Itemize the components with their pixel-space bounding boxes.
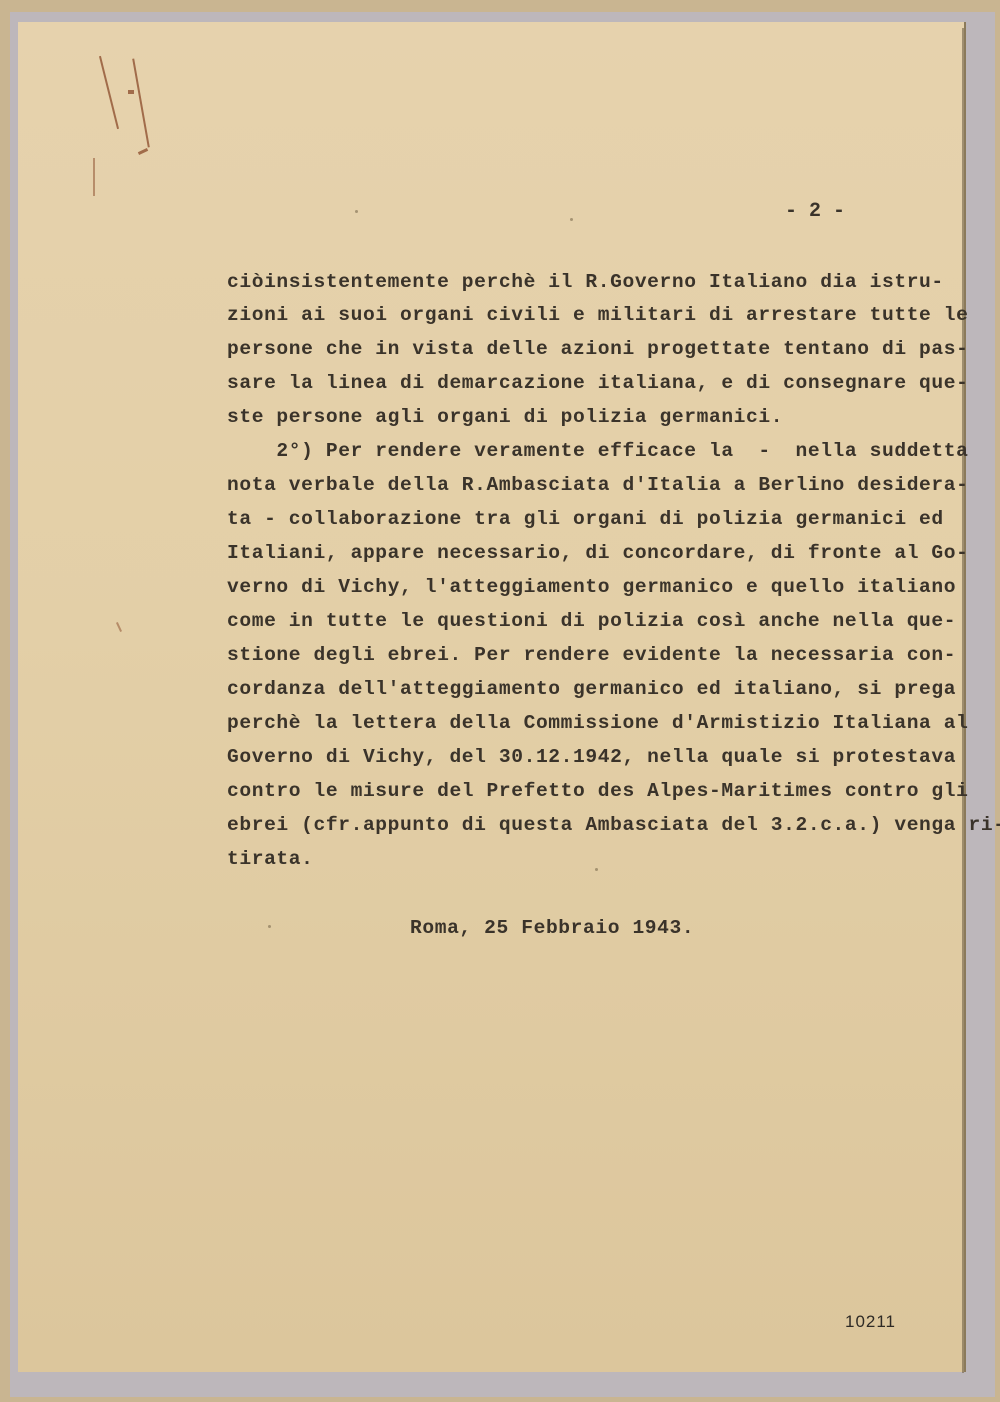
body-line: sare la linea di demarcazione italiana, … <box>227 374 969 394</box>
body-line: zioni ai suoi organi civili e militari d… <box>227 306 969 326</box>
body-line: Italiani, appare necessario, di concorda… <box>227 544 969 564</box>
page-number: - 2 - <box>785 200 845 223</box>
body-line: nota verbale della R.Ambasciata d'Italia… <box>227 476 969 496</box>
body-line: 2°) Per rendere veramente efficace la - … <box>227 442 969 462</box>
pencil-mark-icon <box>93 158 95 196</box>
pencil-mark-icon <box>128 90 134 94</box>
archive-number-stamp: 10211 <box>845 1312 896 1332</box>
body-line: verno di Vichy, l'atteggiamento germanic… <box>227 578 956 598</box>
body-line: cordanza dell'atteggiamento germanico ed… <box>227 680 956 700</box>
paper-speck <box>355 210 358 213</box>
paper-speck <box>570 218 573 221</box>
place-date-signoff: Roma, 25 Febbraio 1943. <box>410 917 694 939</box>
body-line: perchè la lettera della Commissione d'Ar… <box>227 714 969 734</box>
body-line: ebrei (cfr.appunto di questa Ambasciata … <box>227 816 1000 836</box>
body-line: contro le misure del Prefetto des Alpes-… <box>227 782 969 802</box>
body-line: persone che in vista delle azioni proget… <box>227 340 969 360</box>
body-line: Governo di Vichy, del 30.12.1942, nella … <box>227 748 956 768</box>
body-line: stione degli ebrei. Per rendere evidente… <box>227 646 956 666</box>
body-line: tirata. <box>227 850 314 870</box>
paper-speck <box>268 925 271 928</box>
paper-right-edge <box>962 28 964 1373</box>
body-line: ta - collaborazione tra gli organi di po… <box>227 510 944 530</box>
paper-speck <box>595 868 598 871</box>
body-line: come in tutte le questioni di polizia co… <box>227 612 956 632</box>
body-line: ciòinsistentemente perchè il R.Governo I… <box>227 273 944 293</box>
body-line: ste persone agli organi di polizia germa… <box>227 408 783 428</box>
